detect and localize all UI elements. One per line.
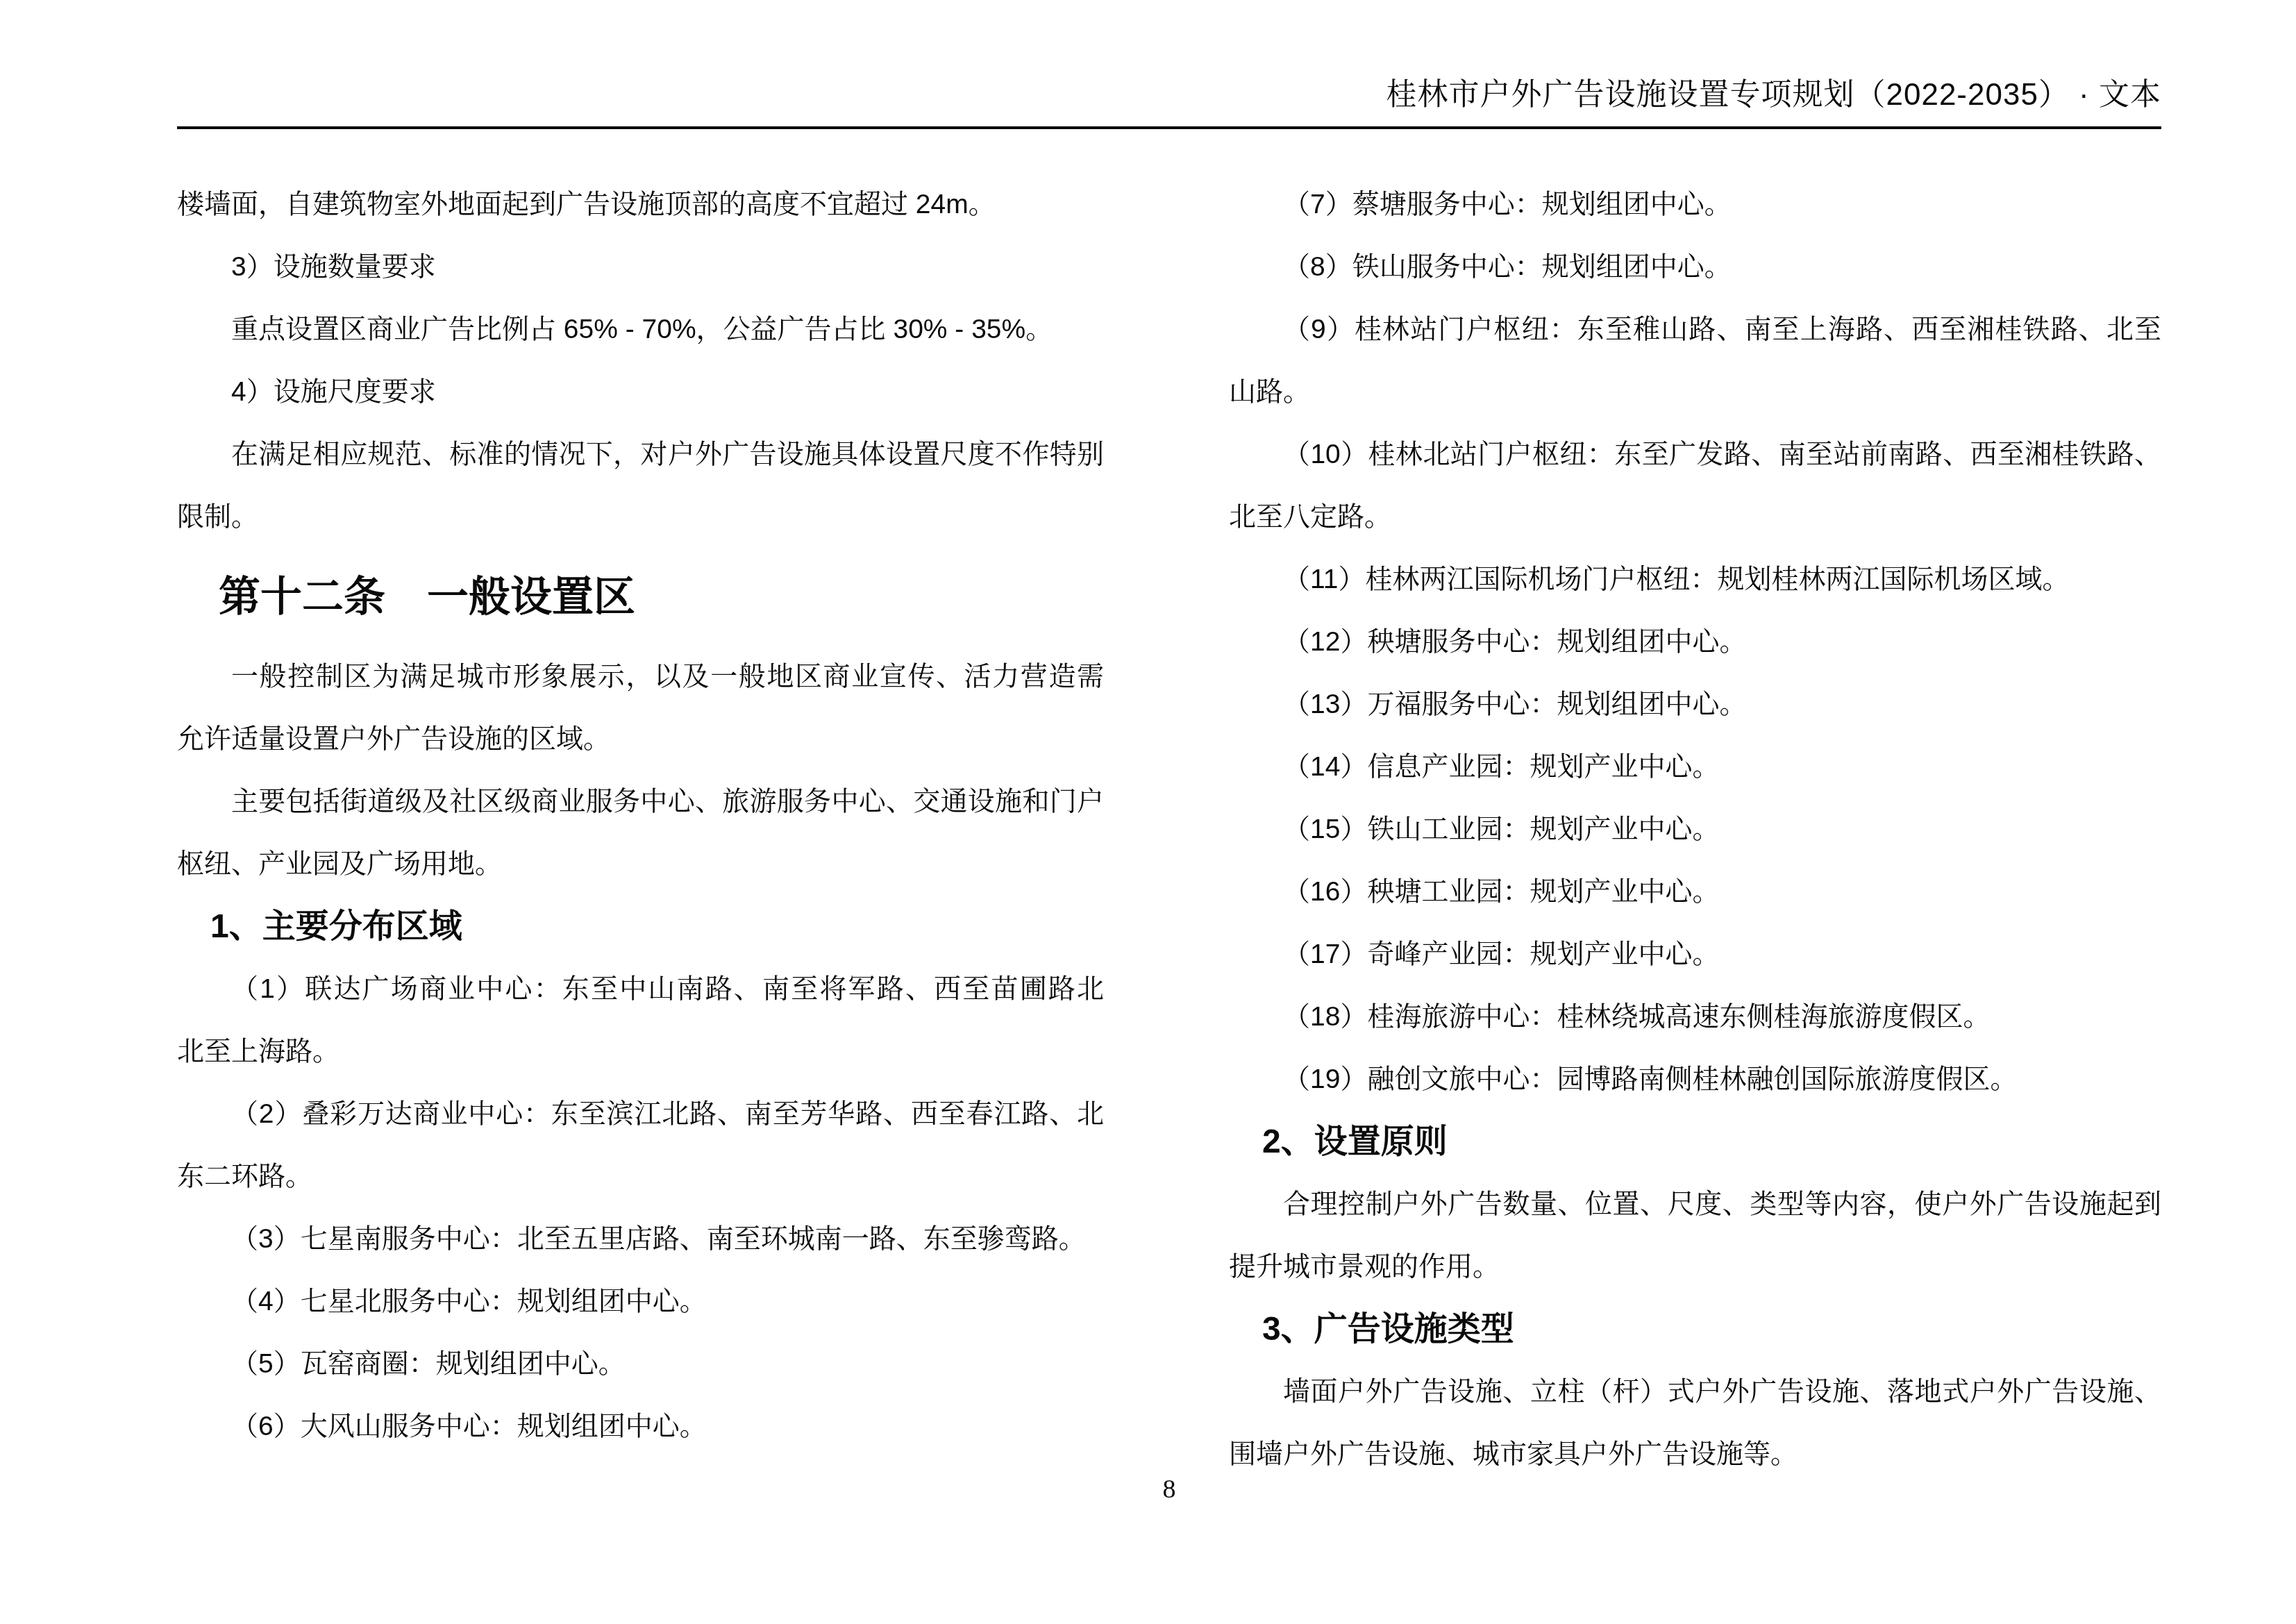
page-header-title: 桂林市户外广告设施设置专项规划（2022-2035） · 文本 xyxy=(177,72,2161,129)
text-line: 北至上海路。 xyxy=(177,1021,1104,1083)
text-line: （11）桂林两江国际机场门户枢纽：规划桂林两江国际机场区域。 xyxy=(1229,549,2161,611)
text-line: 山路。 xyxy=(1229,361,2161,424)
text-line: （9）桂林站门户枢纽：东至稚山路、南至上海路、西至湘桂铁路、北至稚 xyxy=(1229,299,2161,361)
sub-heading: 3、广告设施类型 xyxy=(1229,1298,2161,1361)
sub-heading: 1、主要分布区域 xyxy=(177,896,1104,958)
text-line: （15）铁山工业园：规划产业中心。 xyxy=(1229,798,2161,861)
text-line: （13）万福服务中心：规划组团中心。 xyxy=(1229,673,2161,736)
right-column: （7）蔡塘服务中心：规划组团中心。 （8）铁山服务中心：规划组团中心。 （9）桂… xyxy=(1229,174,2161,1486)
text-line: 一般控制区为满足城市形象展示，以及一般地区商业宣传、活力营造需求， xyxy=(177,646,1104,708)
text-line: 重点设置区商业广告比例占 65% - 70%，公益广告占比 30% - 35%。 xyxy=(177,299,1104,361)
text-line: 主要包括街道级及社区级商业服务中心、旅游服务中心、交通设施和门户 xyxy=(177,771,1104,833)
text-line: （1）联达广场商业中心：东至中山南路、南至将军路、西至苗圃路北巷、 xyxy=(177,958,1104,1021)
text-line: 枢纽、产业园及广场用地。 xyxy=(177,833,1104,896)
text-line: （3）七星南服务中心：北至五里店路、南至环城南一路、东至骖鸾路。 xyxy=(177,1208,1104,1271)
text-line: （6）大风山服务中心：规划组团中心。 xyxy=(177,1396,1104,1458)
text-line: （12）秧塘服务中心：规划组团中心。 xyxy=(1229,611,2161,673)
text-line: 提升城市景观的作用。 xyxy=(1229,1236,2161,1298)
left-column: 楼墙面，自建筑物室外地面起到广告设施顶部的高度不宜超过 24m。 3）设施数量要… xyxy=(177,174,1104,1458)
text-line: 合理控制户外广告数量、位置、尺度、类型等内容，使户外广告设施起到 xyxy=(1229,1173,2161,1236)
text-line: 3）设施数量要求 xyxy=(177,236,1104,299)
text-line: （8）铁山服务中心：规划组团中心。 xyxy=(1229,236,2161,299)
text-line: 限制。 xyxy=(177,486,1104,549)
text-line: （16）秧塘工业园：规划产业中心。 xyxy=(1229,861,2161,923)
text-line: 在满足相应规范、标准的情况下，对户外广告设施具体设置尺度不作特别 xyxy=(177,424,1104,486)
text-line: （7）蔡塘服务中心：规划组团中心。 xyxy=(1229,174,2161,236)
document-page: 桂林市户外广告设施设置专项规划（2022-2035） · 文本 楼墙面，自建筑物… xyxy=(0,0,2296,1624)
section-heading: 第十二条 一般设置区 xyxy=(177,549,1104,646)
text-line: （14）信息产业园：规划产业中心。 xyxy=(1229,736,2161,798)
text-line: 墙面户外广告设施、立柱（杆）式户外广告设施、落地式户外广告设施、 xyxy=(1229,1361,2161,1423)
text-line: （2）叠彩万达商业中心：东至滨江北路、南至芳华路、西至春江路、北至 xyxy=(177,1083,1104,1146)
text-line: （18）桂海旅游中心：桂林绕城高速东侧桂海旅游度假区。 xyxy=(1229,986,2161,1048)
text-line: 北至八定路。 xyxy=(1229,486,2161,549)
sub-heading: 2、设置原则 xyxy=(1229,1111,2161,1173)
text-line: 楼墙面，自建筑物室外地面起到广告设施顶部的高度不宜超过 24m。 xyxy=(177,174,1104,236)
page-number: 8 xyxy=(177,1473,2161,1505)
text-line: 4）设施尺度要求 xyxy=(177,361,1104,424)
text-line: （4）七星北服务中心：规划组团中心。 xyxy=(177,1271,1104,1333)
text-line: （17）奇峰产业园：规划产业中心。 xyxy=(1229,923,2161,986)
text-line: 东二环路。 xyxy=(177,1146,1104,1208)
text-line: 允许适量设置户外广告设施的区域。 xyxy=(177,708,1104,771)
text-line: （5）瓦窑商圈：规划组团中心。 xyxy=(177,1333,1104,1396)
text-line: （19）融创文旅中心：园博路南侧桂林融创国际旅游度假区。 xyxy=(1229,1048,2161,1111)
text-line: （10）桂林北站门户枢纽：东至广发路、南至站前南路、西至湘桂铁路、 xyxy=(1229,424,2161,486)
